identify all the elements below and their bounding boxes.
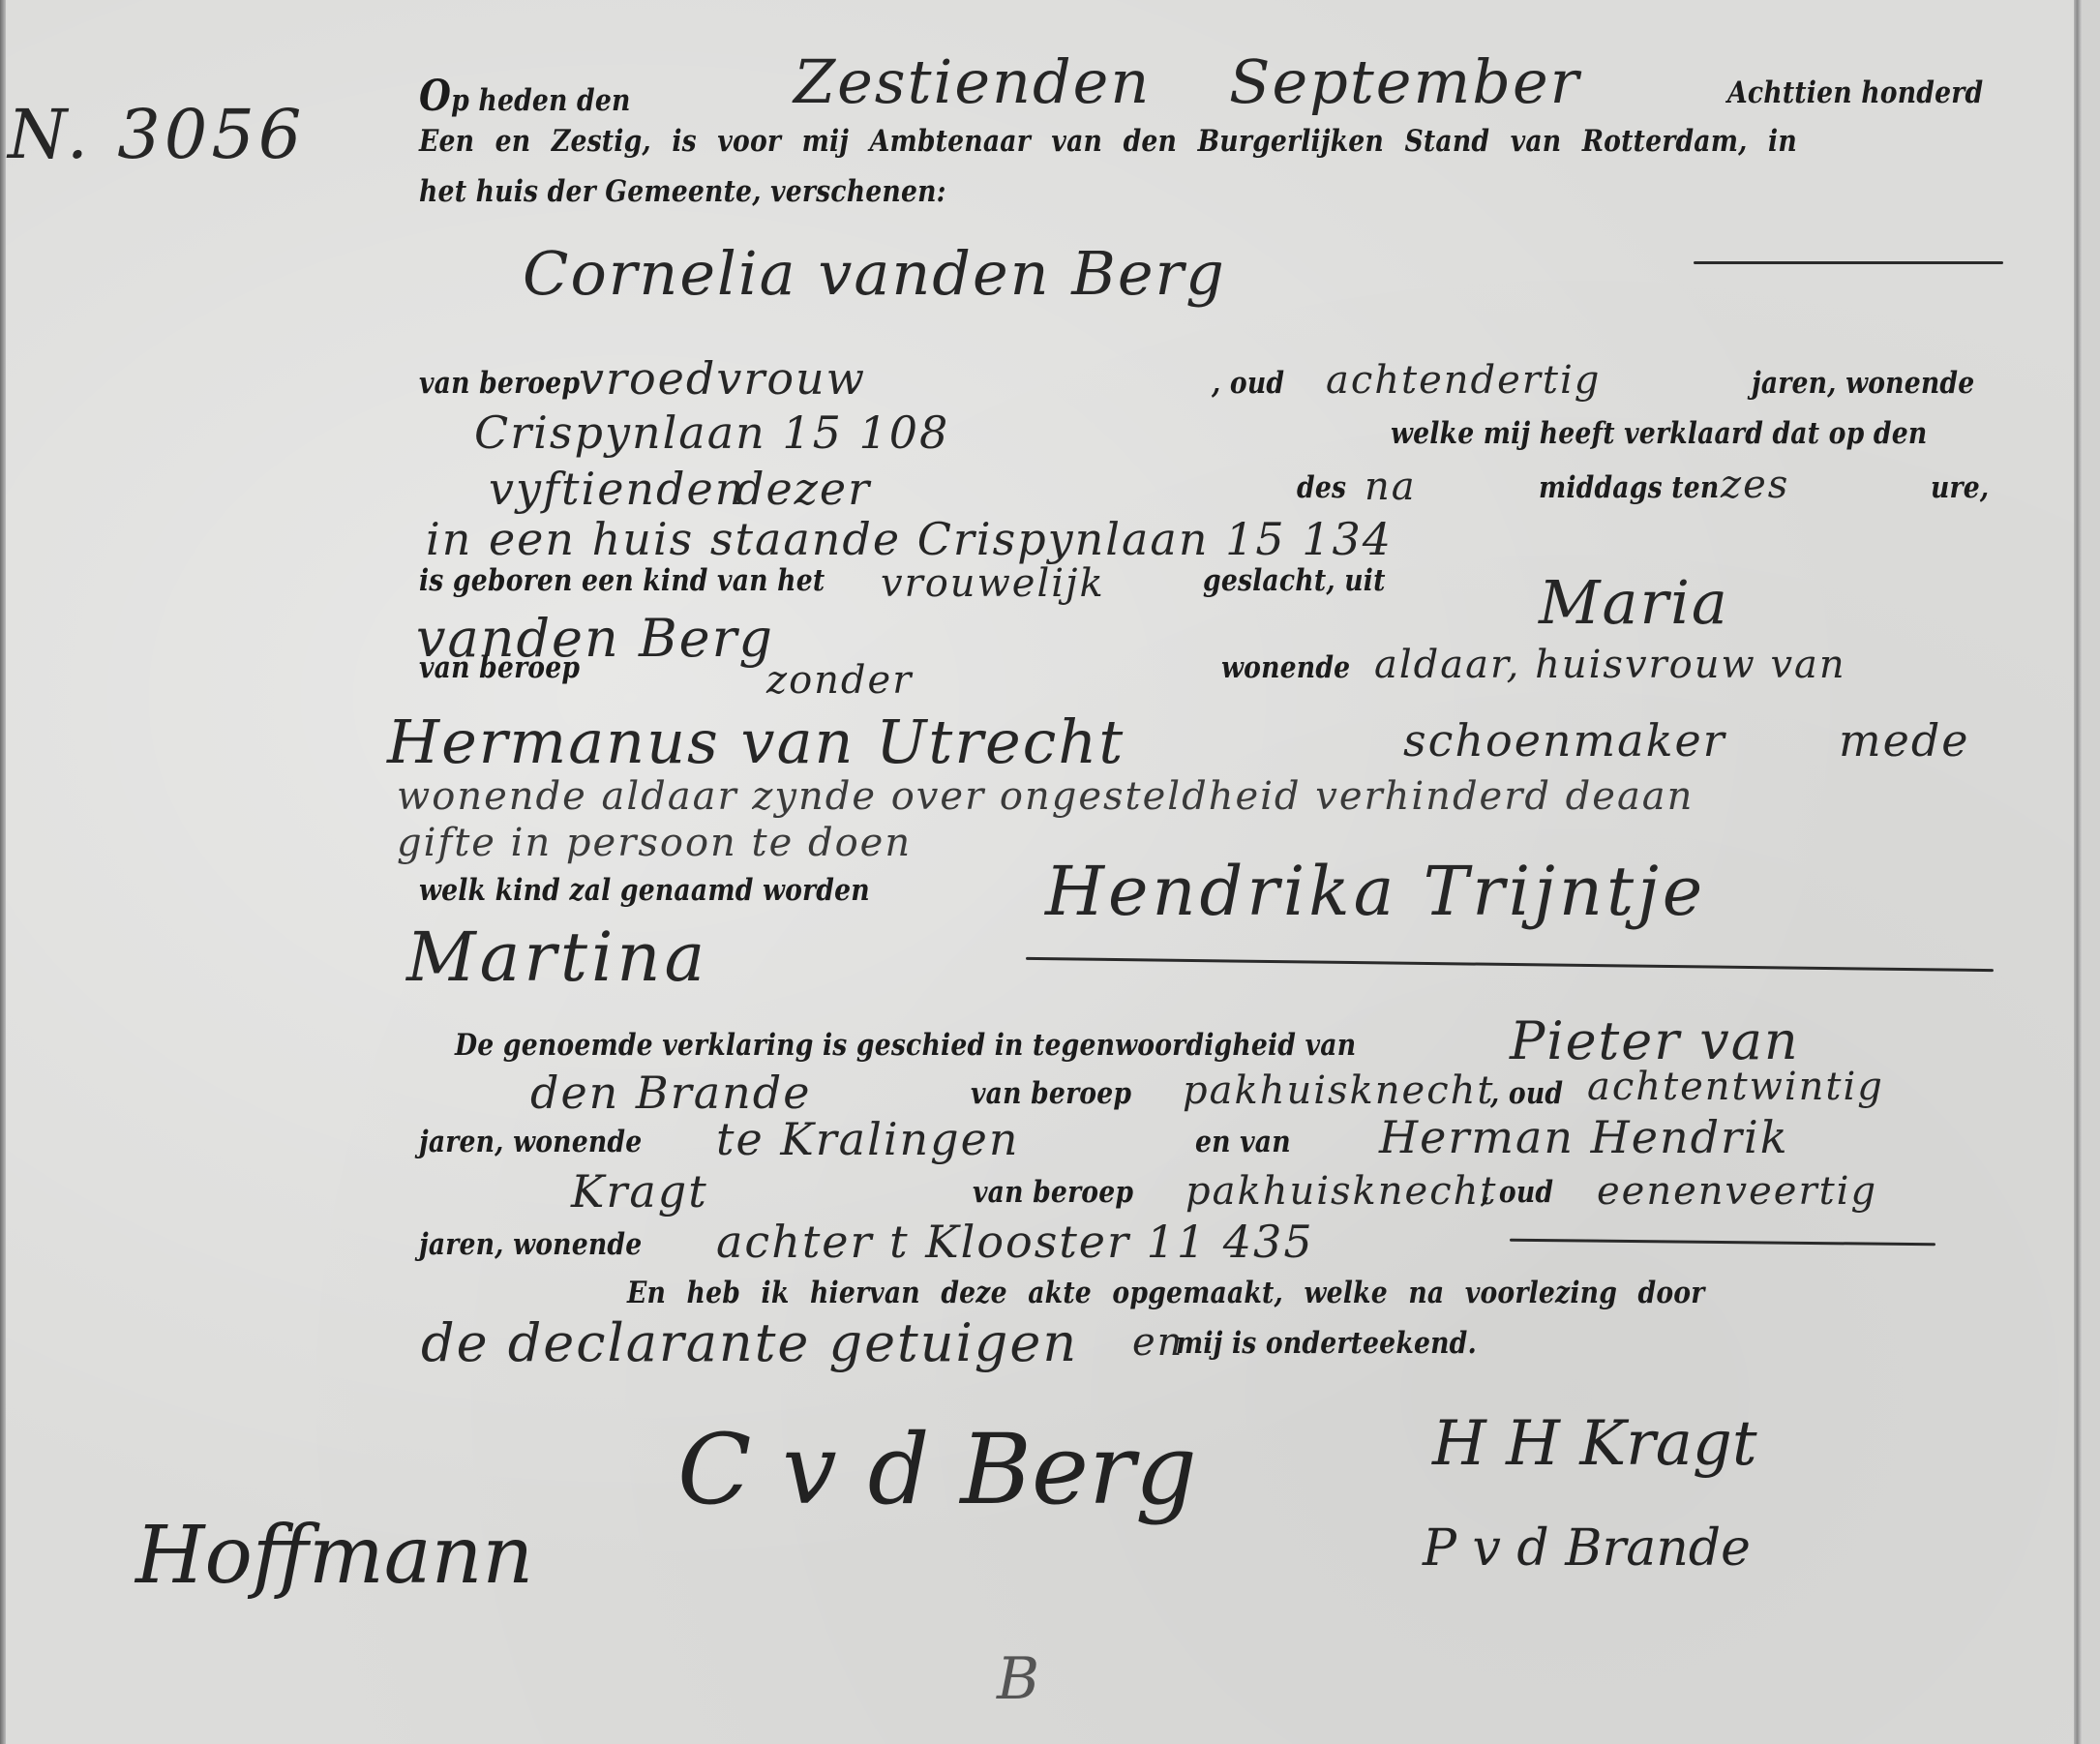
printed-van-beroep: van beroep bbox=[419, 366, 580, 401]
hw-witness1-name-2: den Brande bbox=[530, 1067, 811, 1119]
hw-father-name: Hermanus van Utrecht bbox=[387, 707, 1125, 777]
printed-jaren-wonende-3: jaren, wonende bbox=[419, 1227, 642, 1262]
hw-witness1-occupation: pakhuisknecht bbox=[1183, 1068, 1494, 1113]
signature-official: Hoffmann bbox=[135, 1510, 533, 1602]
printed-oud-3: , oud bbox=[1481, 1175, 1553, 1210]
printed-van-beroep-4: van beroep bbox=[973, 1175, 1133, 1210]
printed-oud: , oud bbox=[1212, 366, 1284, 401]
hw-declarant-name: Cornelia vanden Berg bbox=[523, 238, 1226, 309]
signature-witness1: P v d Brande bbox=[1423, 1519, 1751, 1578]
hw-witness1-residence: te Kralingen bbox=[716, 1113, 1019, 1165]
printed-verklaring: De genoemde verklaring is geschied in te… bbox=[455, 1028, 1356, 1063]
printed-geslacht-uit: geslacht, uit bbox=[1203, 563, 1386, 598]
printed-jaren-wonende: jaren, wonende bbox=[1752, 366, 1974, 401]
printed-oud-2: , oud bbox=[1490, 1076, 1563, 1111]
printed-van-beroep-2: van beroep bbox=[419, 650, 580, 685]
signature-witness2: H H Kragt bbox=[1432, 1408, 1757, 1480]
page-right-margin bbox=[2082, 0, 2100, 1744]
hw-witness2-name-2: Kragt bbox=[571, 1165, 708, 1218]
printed-achttien-honderd: Achttien honderd bbox=[1727, 75, 1983, 110]
hw-father-note-1: mede bbox=[1839, 714, 1970, 767]
hw-father-occupation: schoenmaker bbox=[1403, 714, 1726, 767]
printed-genaamd: welk kind zal genaamd worden bbox=[419, 873, 870, 908]
fill-line bbox=[1694, 261, 2003, 264]
page-mark: B bbox=[997, 1645, 1039, 1713]
hw-witness2-name-1: Herman Hendrik bbox=[1379, 1111, 1789, 1163]
printed-en-van: en van bbox=[1195, 1125, 1291, 1159]
printed-op-heden-den: Op heden den bbox=[419, 72, 631, 121]
printed-closing-2: mij is onderteekend. bbox=[1176, 1326, 1477, 1361]
hw-declarant-address: Crispynlaan 15 108 bbox=[474, 406, 949, 459]
hw-witness1-name-1: Pieter van bbox=[1510, 1010, 1800, 1071]
hw-witness2-age: eenenveertig bbox=[1597, 1169, 1877, 1214]
fill-line bbox=[1510, 1239, 1935, 1247]
printed-verklaard: welke mij heeft verklaard dat op den bbox=[1391, 416, 1927, 451]
fill-line bbox=[1026, 957, 1994, 972]
printed-is-geboren: is geboren een kind van het bbox=[419, 563, 825, 598]
hw-day: Zestienden bbox=[794, 46, 1151, 117]
printed-line-3: het huis der Gemeente, verschenen: bbox=[419, 174, 946, 209]
document-page: N. 3056 Op heden den Zestienden Septembe… bbox=[0, 0, 2100, 1744]
record-number: N. 3056 bbox=[8, 95, 305, 174]
hw-witness1-age: achtentwintig bbox=[1587, 1065, 1884, 1109]
printed-middags-ten: middags ten bbox=[1539, 470, 1719, 505]
hw-father-note-2: wonende aldaar zynde over ongesteldheid … bbox=[397, 774, 1694, 819]
hw-child-sex: vrouwelijk bbox=[881, 561, 1105, 606]
printed-closing-1: En heb ik hiervan deze akte opgemaakt, w… bbox=[627, 1276, 1704, 1310]
hw-witness2-residence: achter t Klooster 11 435 bbox=[716, 1216, 1314, 1268]
hw-birth-day: vyftienden bbox=[489, 463, 745, 515]
hw-time-prefix: na bbox=[1365, 465, 1417, 509]
hw-mother-occupation: zonder bbox=[766, 658, 913, 703]
printed-ure: ure, bbox=[1931, 470, 1989, 505]
printed-jaren-wonende-2: jaren, wonende bbox=[419, 1125, 642, 1159]
printed-line-2: Een en Zestig, is voor mij Ambtenaar van… bbox=[419, 124, 1797, 159]
hw-birth-hour: zes bbox=[1721, 463, 1789, 507]
printed-des: des bbox=[1297, 470, 1346, 505]
page-left-edge bbox=[0, 0, 6, 1744]
hw-signers: de declarante getuigen bbox=[421, 1312, 1078, 1373]
hw-witness2-occupation: pakhuisknecht bbox=[1185, 1169, 1497, 1214]
hw-father-note-3: gifte in persoon te doen bbox=[397, 821, 912, 865]
signature-declarant: C v d Berg bbox=[677, 1413, 1197, 1526]
page-margin-rule bbox=[2074, 0, 2082, 1744]
printed-wonende: wonende bbox=[1221, 650, 1350, 685]
hw-declarant-occupation: vroedvrouw bbox=[579, 352, 866, 405]
hw-month: September bbox=[1229, 46, 1580, 117]
hw-birth-place: in een huis staande Crispynlaan 15 134 bbox=[426, 513, 1393, 565]
printed-van-beroep-3: van beroep bbox=[971, 1076, 1131, 1111]
hw-child-name-2: Martina bbox=[406, 917, 708, 997]
hw-mother-first: Maria bbox=[1539, 567, 1729, 638]
hw-declarant-age: achtendertig bbox=[1326, 358, 1601, 403]
hw-birth-month-ref: dezer bbox=[735, 463, 871, 515]
hw-child-name-1: Hendrika Trijntje bbox=[1045, 852, 1706, 931]
hw-mother-residence: aldaar, huisvrouw van bbox=[1374, 643, 1846, 687]
